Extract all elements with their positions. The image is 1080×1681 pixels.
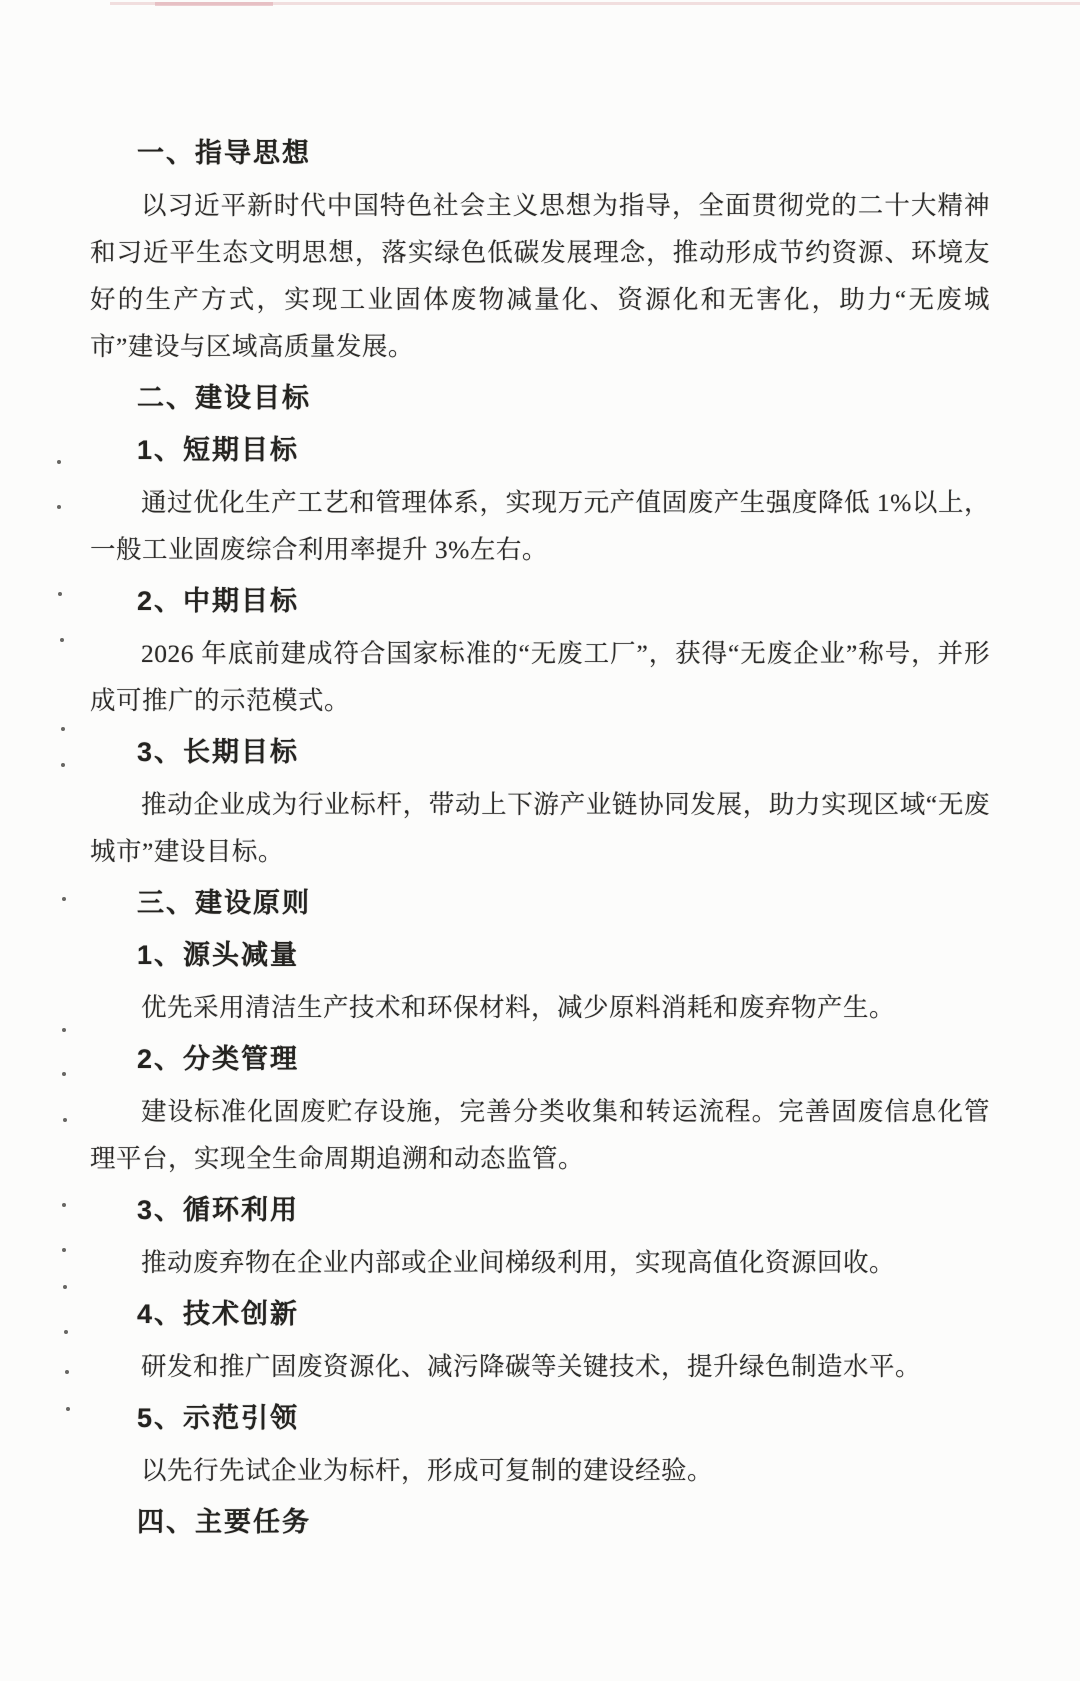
margin-speck [65, 1370, 69, 1374]
paragraph-guiding-ideology: 以习近平新时代中国特色社会主义思想为指导，全面贯彻党的二十大精神和习近平生态文明… [90, 182, 990, 370]
paragraph-long-term-goal: 推动企业成为行业标杆，带动上下游产业链协同发展，助力实现区域“无废城市”建设目标… [90, 781, 990, 875]
margin-speck [66, 1407, 70, 1411]
margin-speck [64, 1330, 68, 1334]
scanner-edge-artifact-strong [155, 2, 273, 6]
paragraph-classified-management: 建设标准化固废贮存设施，完善分类收集和转运流程。完善固废信息化管理平台，实现全生… [90, 1088, 990, 1182]
margin-speck [62, 1203, 66, 1207]
margin-speck [63, 1285, 67, 1289]
paragraph-tech-innovation: 研发和推广固废资源化、减污降碳等关键技术，提升绿色制造水平。 [90, 1343, 990, 1390]
paragraph-mid-term-goal: 2026 年底前建成符合国家标准的“无废工厂”，获得“无废企业”称号，并形成可推… [90, 630, 990, 724]
subheading-recycling-use: 3、循环利用 [90, 1187, 990, 1234]
scanned-document-page: 一、指导思想 以习近平新时代中国特色社会主义思想为指导，全面贯彻党的二十大精神和… [0, 0, 1080, 1681]
paragraph-demonstration-leading: 以先行先试企业为标杆，形成可复制的建设经验。 [90, 1447, 990, 1494]
subheading-source-reduction: 1、源头减量 [90, 932, 990, 979]
heading-construction-principles: 三、建设原则 [90, 880, 990, 927]
margin-speck [63, 1118, 67, 1122]
subheading-long-term-goal: 3、长期目标 [90, 729, 990, 776]
paragraph-short-term-goal: 通过优化生产工艺和管理体系，实现万元产值固废产生强度降低 1%以上，一般工业固废… [90, 479, 990, 573]
subheading-mid-term-goal: 2、中期目标 [90, 578, 990, 625]
margin-speck [60, 638, 64, 642]
paragraph-recycling-use: 推动废弃物在企业内部或企业间梯级利用，实现高值化资源回收。 [90, 1239, 990, 1286]
subheading-tech-innovation: 4、技术创新 [90, 1291, 990, 1338]
heading-guiding-ideology: 一、指导思想 [90, 130, 990, 177]
heading-construction-goals: 二、建设目标 [90, 375, 990, 422]
margin-speck [58, 592, 62, 596]
margin-speck [61, 763, 65, 767]
margin-speck [62, 1028, 66, 1032]
subheading-classified-management: 2、分类管理 [90, 1036, 990, 1083]
margin-speck [62, 897, 66, 901]
margin-speck [62, 1072, 66, 1076]
margin-speck [57, 460, 61, 464]
subheading-short-term-goal: 1、短期目标 [90, 427, 990, 474]
margin-speck [57, 505, 61, 509]
margin-speck [62, 1248, 66, 1252]
paragraph-source-reduction: 优先采用清洁生产技术和环保材料，减少原料消耗和废弃物产生。 [90, 984, 990, 1031]
heading-main-tasks: 四、主要任务 [90, 1499, 990, 1546]
margin-speck [61, 727, 65, 731]
document-body: 一、指导思想 以习近平新时代中国特色社会主义思想为指导，全面贯彻党的二十大精神和… [90, 130, 990, 1551]
subheading-demonstration-leading: 5、示范引领 [90, 1395, 990, 1442]
